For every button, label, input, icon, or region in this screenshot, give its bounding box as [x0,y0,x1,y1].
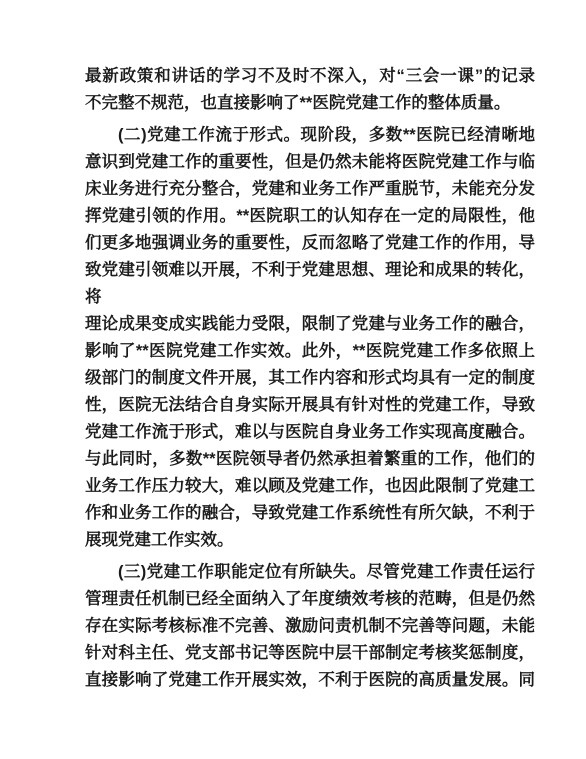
document-page: 最新政策和讲话的学习不及时不深入，对“三会一课”的记录不完整不规范，也直接影响了… [0,0,586,759]
text-line: 直接影响了党建工作开展实效，不利于医院的高质量发展。同 [85,667,535,694]
text-line: 们更多地强调业务的重要性，反而忽略了党建工作的作用，导 [85,230,535,257]
paragraph: 最新政策和讲话的学习不及时不深入，对“三会一课”的记录不完整不规范，也直接影响了… [85,63,535,117]
text-line: 管理责任机制已经全面纳入了年度绩效考核的范畴，但是仍然 [85,586,535,613]
text-line: 性，医院无法结合自身实际开展具有针对性的党建工作，导致 [85,392,535,419]
paragraph: (三)党建工作职能定位有所缺失。尽管党建工作责任运行管理责任机制已经全面纳入了年… [85,559,535,694]
text-line: 级部门的制度文件开展，其工作内容和形式均具有一定的制度 [85,365,535,392]
text-line: 存在实际考核标准不完善、激励问责机制不完善等问题，未能 [85,613,535,640]
text-line: 挥党建引领的作用。**医院职工的认知存在一定的局限性，他 [85,203,535,230]
paragraph: (二)党建工作流于形式。现阶段，多数**医院已经清晰地意识到党建工作的重要性，但… [85,122,535,554]
text-line: 影响了**医院党建工作实效。此外，**医院党建工作多依照上 [85,338,535,365]
text-line: 致党建引领难以开展，不利于党建思想、理论和成果的转化，将 [85,257,535,311]
text-line: 党建工作流于形式，难以与医院自身业务工作实现高度融合。 [85,419,535,446]
text-line: 理论成果变成实践能力受限，限制了党建与业务工作的融合， [85,311,535,338]
text-line: (二)党建工作流于形式。现阶段，多数**医院已经清晰地 [85,122,535,149]
text-line: 意识到党建工作的重要性，但是仍然未能将医院党建工作与临 [85,149,535,176]
text-line: 业务工作压力较大，难以顾及党建工作，也因此限制了党建工 [85,473,535,500]
text-line: 与此同时，多数**医院领导者仍然承担着繁重的工作，他们的 [85,446,535,473]
text-line: 针对科主任、党支部书记等医院中层干部制定考核奖惩制度， [85,640,535,667]
text-line: 床业务进行充分整合，党建和业务工作严重脱节，未能充分发 [85,176,535,203]
text-line: 作和业务工作的融合，导致党建工作系统性有所欠缺，不利于 [85,500,535,527]
text-line: 展现党建工作实效。 [85,527,535,554]
text-line: (三)党建工作职能定位有所缺失。尽管党建工作责任运行 [85,559,535,586]
text-line: 最新政策和讲话的学习不及时不深入，对“三会一课”的记录 [85,63,535,90]
document-body: 最新政策和讲话的学习不及时不深入，对“三会一课”的记录不完整不规范，也直接影响了… [85,63,535,699]
text-line: 不完整不规范，也直接影响了**医院党建工作的整体质量。 [85,90,535,117]
